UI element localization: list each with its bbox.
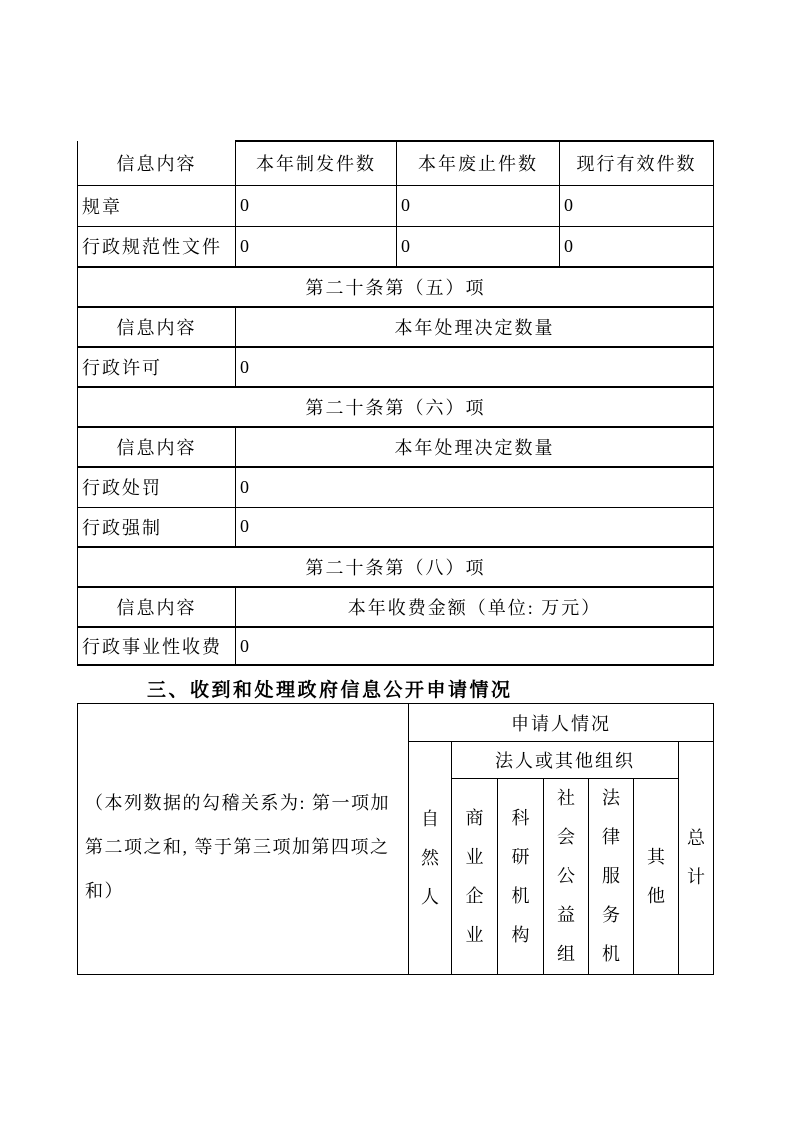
col-header-natural-person: 自然人 (409, 742, 452, 975)
table-row: 行政事业性收费 0 (78, 627, 714, 665)
total-label: 总计 (685, 819, 707, 897)
col-header-issued: 本年制发件数 (236, 141, 397, 185)
section-title-article20-item6: 第二十条第（六）项 (78, 387, 714, 427)
col-header-decisions: 本年处理决定数量 (236, 427, 714, 467)
cell-reconciliation-note: （本列数据的勾稽关系为: 第一项加第二项之和, 等于第三项加第四项之和） (78, 704, 409, 975)
row-label-admin-coercion: 行政强制 (78, 507, 236, 547)
cell-value: 0 (397, 185, 560, 226)
col-header-total: 总计 (679, 742, 714, 975)
col-header-other: 其他 (634, 779, 679, 975)
table-row: 信息内容 本年收费金额（单位: 万元） (78, 587, 714, 627)
legal-service-label: 法律服务机 (600, 779, 622, 974)
table-applications: （本列数据的勾稽关系为: 第一项加第二项之和, 等于第三项加第四项之和） 申请人… (77, 703, 714, 975)
natural-person-label: 自然人 (419, 800, 441, 917)
reconciliation-note-text: （本列数据的勾稽关系为: 第一项加第二项之和, 等于第三项加第四项之和） (85, 781, 401, 913)
table-row: 规章 0 0 0 (78, 185, 714, 226)
table-row: 信息内容 本年处理决定数量 (78, 427, 714, 467)
col-header-effective: 现行有效件数 (560, 141, 714, 185)
section-title-article20-item5: 第二十条第（五）项 (78, 267, 714, 307)
header-legal-person-group: 法人或其他组织 (452, 742, 679, 779)
section-heading-applications: 三、收到和处理政府信息公开申请情况 (147, 675, 713, 703)
cell-value: 0 (397, 226, 560, 267)
col-header-decisions: 本年处理决定数量 (236, 307, 714, 347)
table-row: 第二十条第（五）项 (78, 267, 714, 307)
table-row: 信息内容 本年处理决定数量 (78, 307, 714, 347)
header-applicant-situation: 申请人情况 (409, 704, 714, 742)
row-label-admin-service-fees: 行政事业性收费 (78, 627, 236, 665)
table-row: 行政规范性文件 0 0 0 (78, 226, 714, 267)
cell-value: 0 (236, 507, 714, 547)
col-header-abolished: 本年废止件数 (397, 141, 560, 185)
cell-value: 0 (560, 226, 714, 267)
table-row: 第二十条第（八）项 (78, 547, 714, 587)
commercial-enterprise-label: 商业企业 (464, 799, 486, 955)
col-header-info-content: 信息内容 (78, 427, 236, 467)
col-header-social-welfare-org: 社会公益组 (544, 779, 589, 975)
report-tables: 信息内容 本年制发件数 本年废止件数 现行有效件数 规章 0 0 0 行政规范性… (77, 140, 713, 975)
table-regulations: 信息内容 本年制发件数 本年废止件数 现行有效件数 规章 0 0 0 行政规范性… (77, 140, 714, 666)
cell-value: 0 (236, 226, 397, 267)
col-header-info-content: 信息内容 (78, 141, 236, 185)
row-label-rules: 规章 (78, 185, 236, 226)
cell-value: 0 (560, 185, 714, 226)
col-header-fees: 本年收费金额（单位: 万元） (236, 587, 714, 627)
social-welfare-label: 社会公益组 (555, 779, 577, 974)
cell-value: 0 (236, 467, 714, 507)
cell-value: 0 (236, 627, 714, 665)
row-label-admin-license: 行政许可 (78, 347, 236, 387)
table-row: 行政处罚 0 (78, 467, 714, 507)
table-row: 行政强制 0 (78, 507, 714, 547)
col-header-info-content: 信息内容 (78, 307, 236, 347)
table-row: 行政许可 0 (78, 347, 714, 387)
col-header-info-content: 信息内容 (78, 587, 236, 627)
document-page: 信息内容 本年制发件数 本年废止件数 现行有效件数 规章 0 0 0 行政规范性… (0, 0, 793, 1122)
cell-value: 0 (236, 185, 397, 226)
research-institution-label: 科研机构 (510, 799, 532, 955)
row-label-admin-penalty: 行政处罚 (78, 467, 236, 507)
table-row: （本列数据的勾稽关系为: 第一项加第二项之和, 等于第三项加第四项之和） 申请人… (78, 704, 714, 742)
other-label: 其他 (645, 838, 667, 916)
table-row: 信息内容 本年制发件数 本年废止件数 现行有效件数 (78, 141, 714, 185)
col-header-research-institution: 科研机构 (498, 779, 544, 975)
col-header-legal-service-org: 法律服务机 (589, 779, 634, 975)
row-label-normative-docs: 行政规范性文件 (78, 226, 236, 267)
table-row: 第二十条第（六）项 (78, 387, 714, 427)
section-title-article20-item8: 第二十条第（八）项 (78, 547, 714, 587)
col-header-commercial-enterprise: 商业企业 (452, 779, 498, 975)
cell-value: 0 (236, 347, 714, 387)
